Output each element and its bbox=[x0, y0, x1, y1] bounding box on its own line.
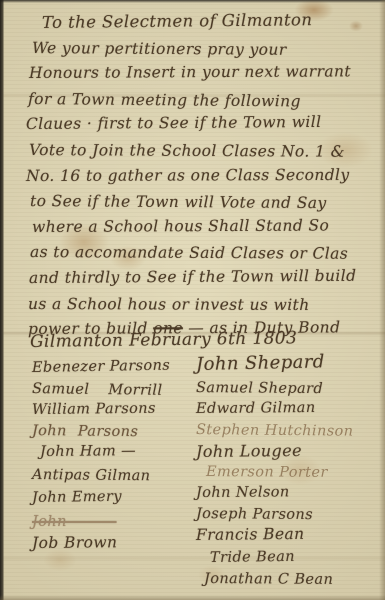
signature: William Parsons bbox=[32, 399, 170, 421]
signature: John Emery bbox=[32, 486, 170, 509]
signature: Edward Gilman bbox=[196, 398, 354, 420]
manuscript-line: Honours to Insert in your next warrant bbox=[29, 59, 357, 86]
signature: Ebenezer Parsons bbox=[32, 356, 171, 379]
manuscript-line: Vote to Join the School Clases No. 1 & bbox=[29, 138, 357, 165]
scan-edge-bottom bbox=[0, 595, 385, 600]
manuscript-line: where a School hous Shall Stand So bbox=[32, 213, 357, 240]
scanned-document: To the Selectmen of Gilmanton We your pe… bbox=[0, 0, 385, 600]
manuscript-line: No. 16 to gather as one Class Secondly bbox=[26, 162, 356, 189]
manuscript-line: us a School hous or invest us with bbox=[28, 292, 356, 319]
signature: Jonathan C Bean bbox=[204, 569, 354, 591]
signature: Job Brown bbox=[32, 532, 170, 554]
scan-edge-top bbox=[0, 0, 385, 3]
manuscript-line-salutation: To the Selectmen of Gilmanton bbox=[42, 7, 357, 36]
signature: John Ham — bbox=[40, 441, 170, 463]
signature: Tride Bean bbox=[210, 546, 354, 569]
signature-column-right: John Shepard Samuel Shepard Edward Gilma… bbox=[196, 352, 353, 590]
petition-body: To the Selectmen of Gilmanton We your pe… bbox=[26, 10, 356, 343]
signature: Emerson Porter bbox=[206, 462, 354, 484]
signature: John Nelson bbox=[196, 482, 354, 504]
signature-crossed-out: John ——— bbox=[32, 512, 170, 533]
signature: Antipas Gilman bbox=[32, 465, 170, 487]
signature: Francis Bean bbox=[196, 523, 354, 546]
signature: John Shepard bbox=[196, 349, 354, 378]
signature-column-left: Ebenezer Parsons Samuel Morrill William … bbox=[32, 358, 170, 554]
manuscript-line: Claues · first to See if the Town will bbox=[26, 110, 357, 138]
scan-edge-right bbox=[379, 0, 385, 600]
manuscript-line: and thirdly to See if the Town will buil… bbox=[29, 264, 357, 292]
signature: John Lougee bbox=[196, 439, 354, 462]
dateline: Gilmanton February 6th 1803 bbox=[30, 328, 298, 352]
scan-edge-left bbox=[0, 0, 4, 600]
